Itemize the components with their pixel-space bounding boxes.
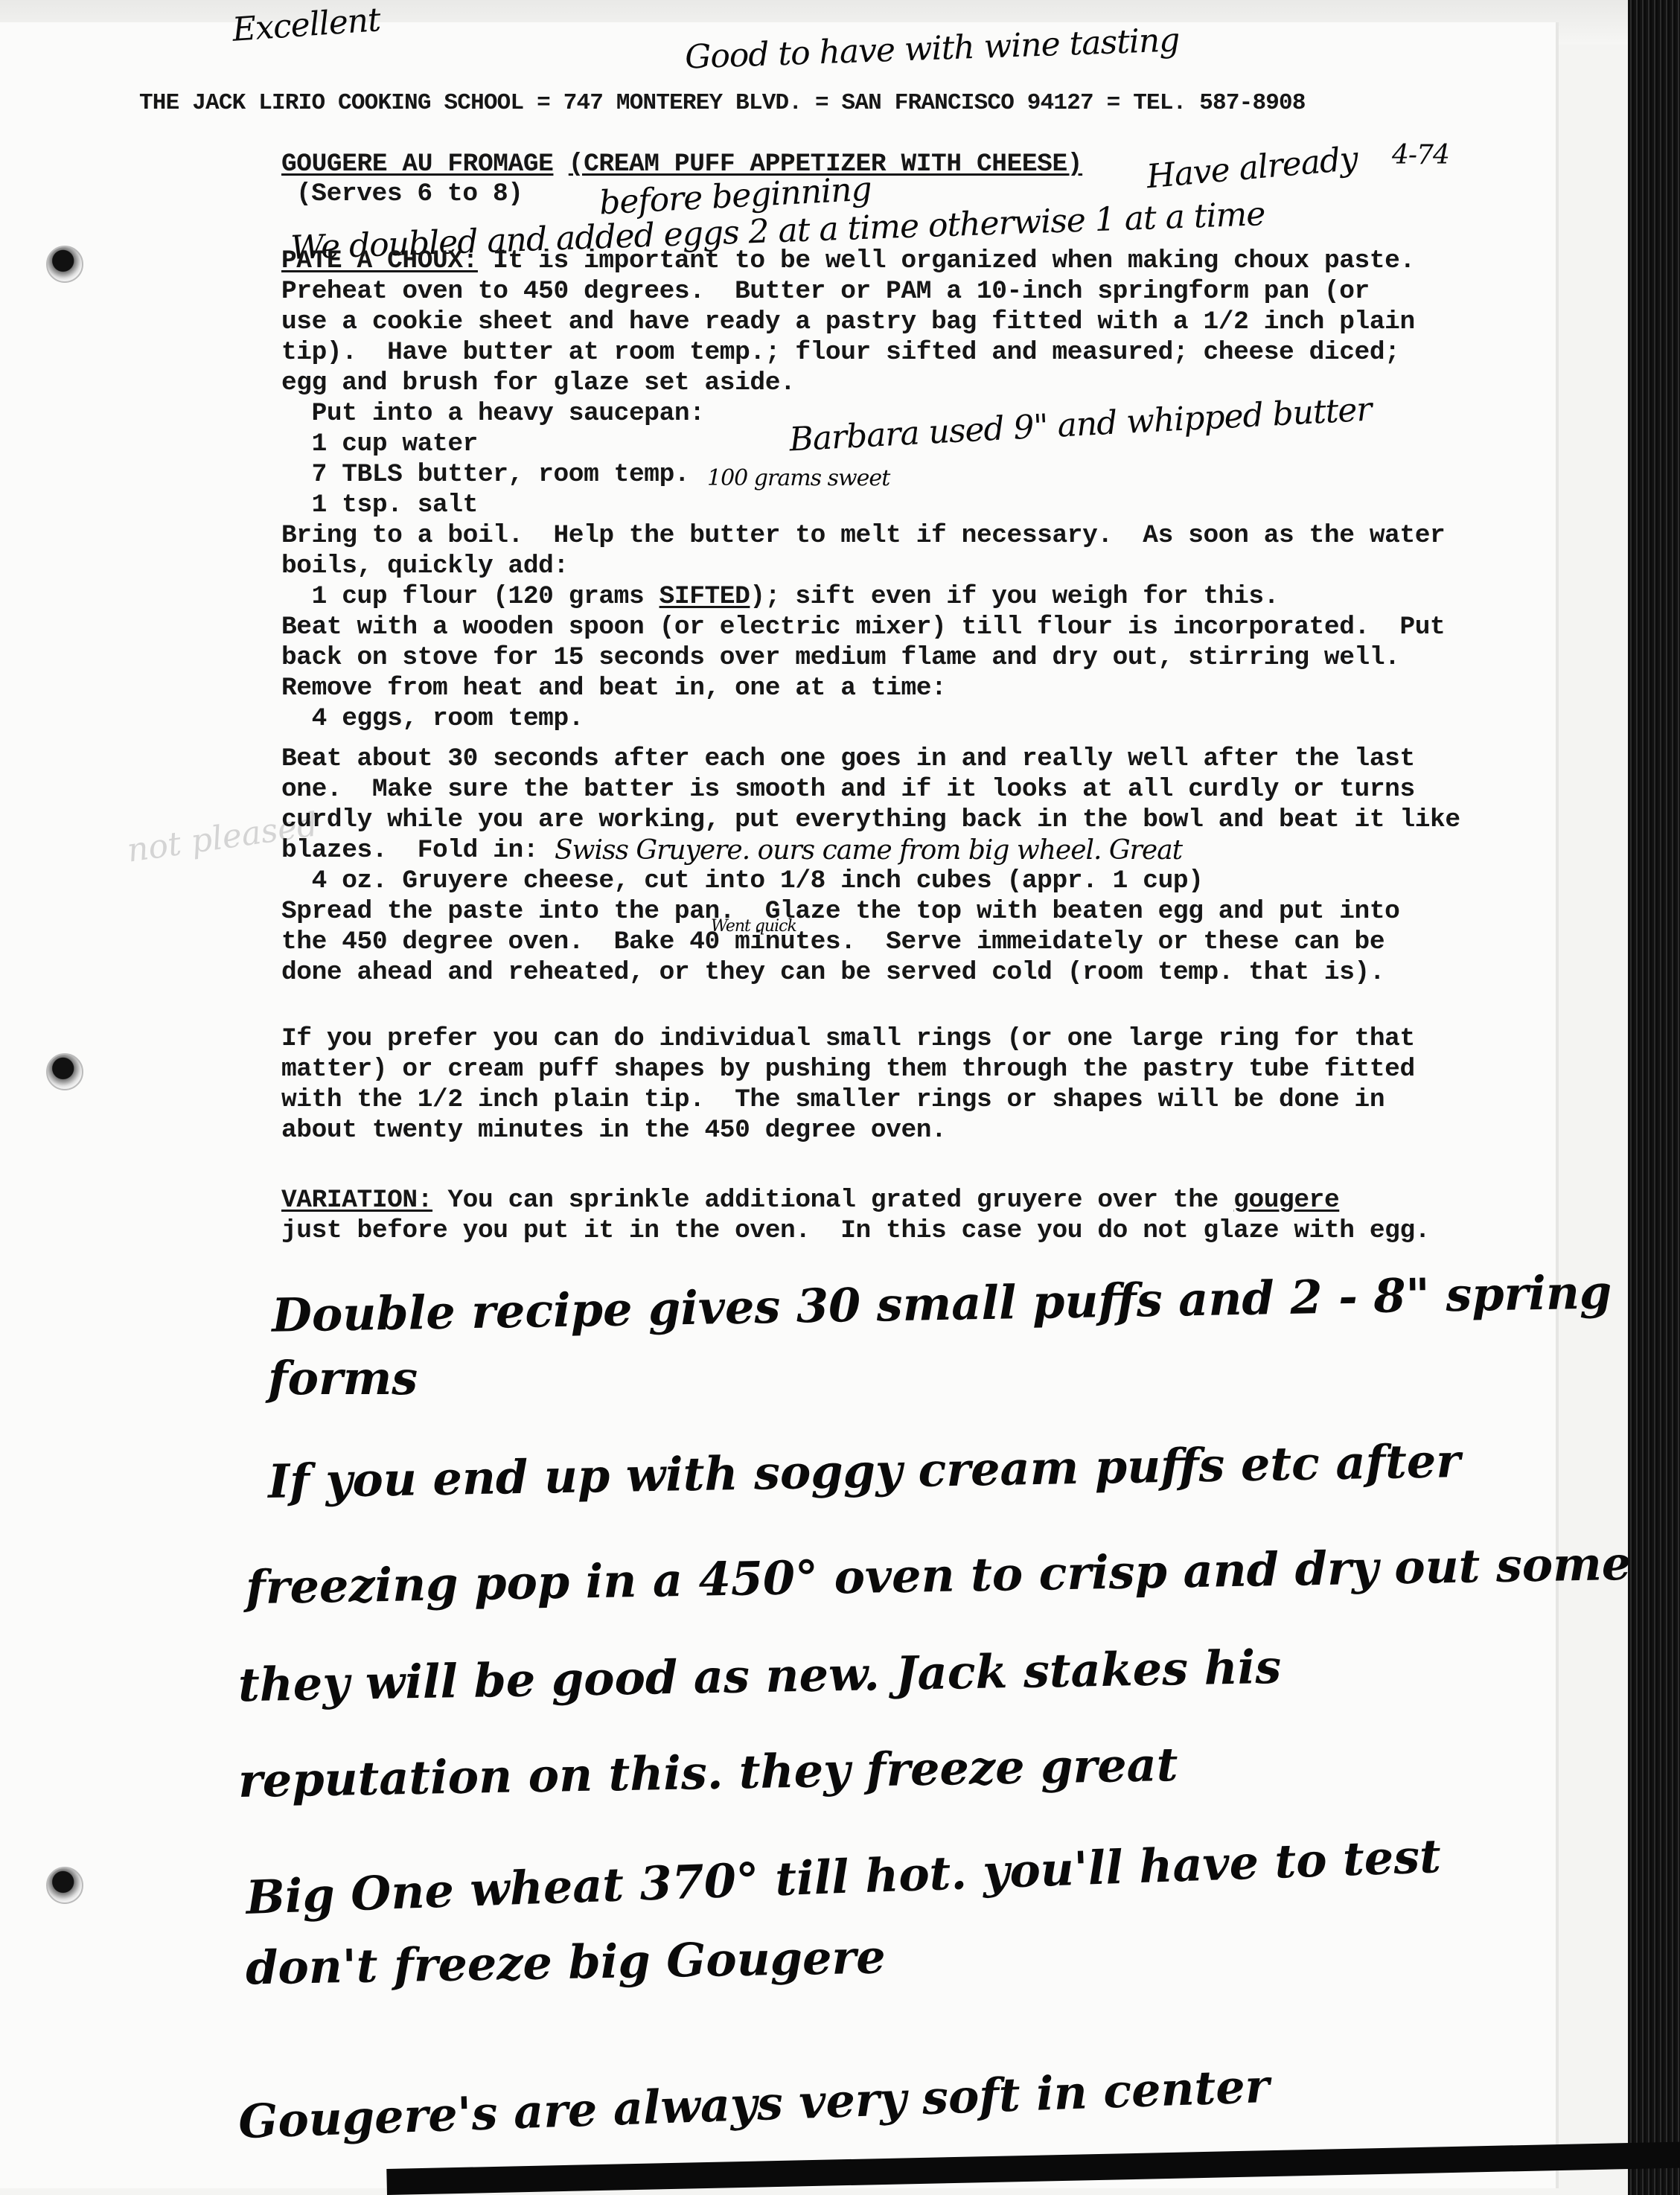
handnote-date: 4-74 bbox=[1392, 140, 1449, 170]
rings-line-4: about twenty minutes in the 450 degree o… bbox=[281, 1115, 946, 1146]
punch-hole-icon bbox=[46, 1867, 83, 1904]
intro-line-1: PATE A CHOUX: It is important to be well… bbox=[281, 246, 1415, 276]
flour-sifted: SIFTED bbox=[659, 582, 750, 611]
letterhead: THE JACK LIRIO COOKING SCHOOL = 747 MONT… bbox=[139, 88, 1306, 118]
rings-line-3: with the 1/2 inch plain tip. The smaller… bbox=[281, 1084, 1384, 1115]
ingredient-cheese: 4 oz. Gruyere cheese, cut into 1/8 inch … bbox=[281, 866, 1204, 896]
intro-line-4: tip). Have butter at room temp.; flour s… bbox=[281, 337, 1399, 368]
intro-line-3: use a cookie sheet and have ready a past… bbox=[281, 307, 1415, 337]
beat-more-4: blazes. Fold in: bbox=[281, 835, 538, 866]
ingredient-butter: 7 TBLS butter, room temp. bbox=[281, 459, 689, 490]
dark-background-edge bbox=[1628, 0, 1680, 2195]
handnote-grams: 100 grams sweet bbox=[707, 465, 889, 491]
beat-more-3: curdly while you are working, put everyt… bbox=[281, 805, 1460, 835]
recipe-title: GOUGERE AU FROMAGE (CREAM PUFF APPETIZER… bbox=[281, 149, 1082, 179]
beat-more-2: one. Make sure the batter is smooth and … bbox=[281, 774, 1415, 805]
spread-line-1: Spread the paste into the pan. Glaze the… bbox=[281, 896, 1399, 927]
spread-line-3: done ahead and reheated, or they can be … bbox=[281, 957, 1384, 988]
ingredient-water: 1 cup water bbox=[281, 429, 478, 459]
serves: (Serves 6 to 8) bbox=[296, 179, 523, 209]
rings-line-2: matter) or cream puff shapes by pushing … bbox=[281, 1054, 1415, 1084]
title-french: GOUGERE AU FROMAGE bbox=[281, 150, 553, 179]
handnote-bottom-2: forms bbox=[268, 1351, 418, 1405]
intro-line-5: egg and brush for glaze set aside. bbox=[281, 368, 795, 398]
boil-line-2: boils, quickly add: bbox=[281, 551, 569, 581]
beat-more-1: Beat about 30 seconds after each one goe… bbox=[281, 744, 1415, 774]
beat-line-2: back on stove for 15 seconds over medium… bbox=[281, 642, 1399, 673]
variation-text: You can sprinkle additional grated gruye… bbox=[432, 1186, 1233, 1215]
ingredient-salt: 1 tsp. salt bbox=[281, 490, 478, 520]
rings-line-1: If you prefer you can do individual smal… bbox=[281, 1023, 1415, 1054]
section-label-pate-a-choux: PATE A CHOUX: bbox=[281, 246, 478, 275]
spread-line-2: the 450 degree oven. Bake 40 minutes. Se… bbox=[281, 927, 1384, 957]
variation-gougere: gougere bbox=[1233, 1186, 1339, 1215]
beat-line-3: Remove from heat and beat in, one at a t… bbox=[281, 673, 946, 703]
punch-hole-icon bbox=[46, 246, 83, 283]
variation-line-2: just before you put it in the oven. In t… bbox=[281, 1215, 1430, 1246]
handnote-gruyere: Swiss Gruyere. ours came from big wheel.… bbox=[555, 835, 1182, 866]
ingredient-eggs: 4 eggs, room temp. bbox=[281, 703, 584, 734]
intro-line-2: Preheat oven to 450 degrees. Butter or P… bbox=[281, 276, 1370, 307]
ingredient-flour: 1 cup flour (120 grams SIFTED); sift eve… bbox=[281, 581, 1279, 612]
intro-text: It is important to be well organized whe… bbox=[478, 246, 1415, 275]
punch-hole-icon bbox=[46, 1053, 83, 1090]
beat-line-1: Beat with a wooden spoon (or electric mi… bbox=[281, 612, 1445, 642]
saucepan-heading: Put into a heavy saucepan: bbox=[281, 398, 705, 429]
flour-text: 1 cup flour (120 grams bbox=[281, 582, 659, 611]
boil-line-1: Bring to a boil. Help the butter to melt… bbox=[281, 520, 1445, 551]
section-label-variation: VARIATION: bbox=[281, 1186, 432, 1215]
handnote-bottom-8: don't freeze big Gougere bbox=[245, 1930, 886, 1996]
flour-text-end: ); sift even if you weigh for this. bbox=[750, 582, 1279, 611]
variation-line-1: VARIATION: You can sprinkle additional g… bbox=[281, 1185, 1339, 1215]
